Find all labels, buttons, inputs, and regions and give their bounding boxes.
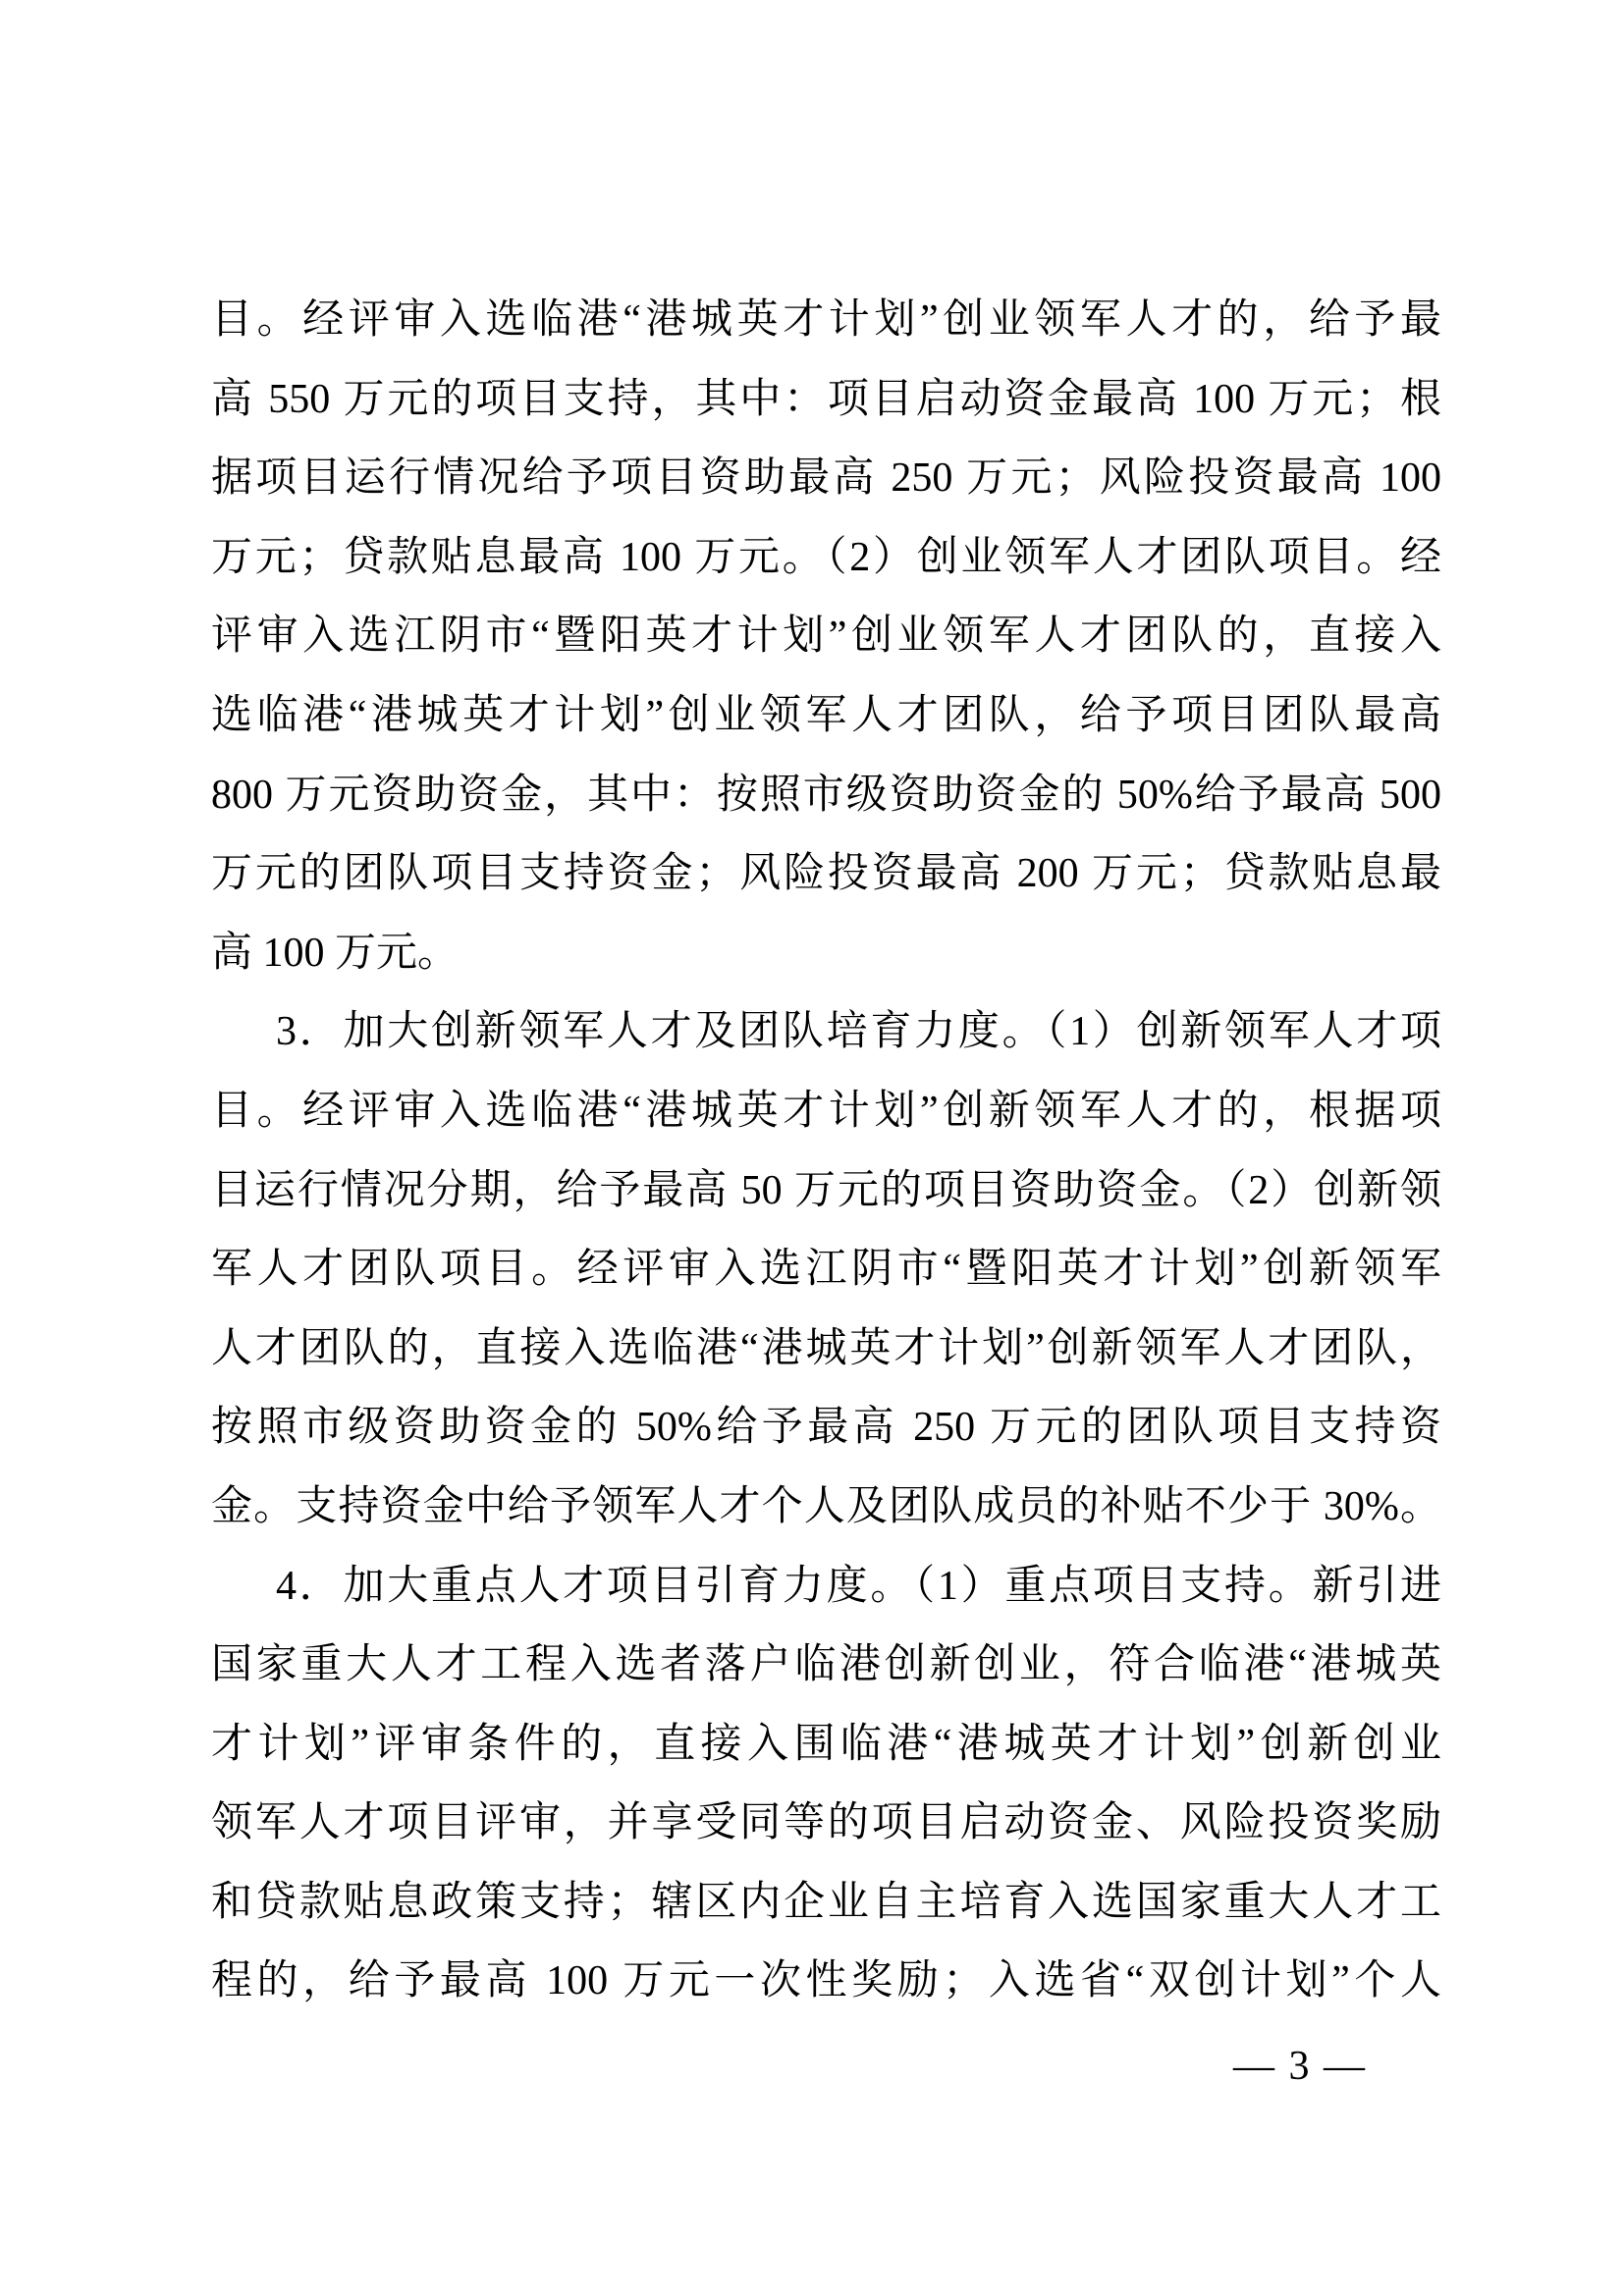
text-line: 万元；贷款贴息最高 100 万元。（2）创业领军人才团队项目。经 (211, 518, 1441, 598)
text-line: 高 550 万元的项目支持，其中：项目启动资金最高 100 万元；根 (211, 360, 1441, 440)
text-line: 万元的团队项目支持资金；风险投资最高 200 万元；贷款贴息最 (211, 834, 1441, 914)
text-line: 目运行情况分期，给予最高 50 万元的项目资助资金。（2）创新领 (211, 1151, 1441, 1231)
text-line: 程的，给予最高 100 万元一次性奖励；入选省“双创计划”个人 (211, 1942, 1441, 2021)
text-line: 人才团队的，直接入选临港“港城英才计划”创新领军人才团队， (211, 1309, 1441, 1389)
text-line paragraph-end: 高 100 万元。 (211, 914, 1441, 993)
body-text: 目。经评审入选临港“港城英才计划”创业领军人才的，给予最 高 550 万元的项目… (211, 281, 1441, 2021)
text-line: 军人才团队项目。经评审入选江阴市“暨阳英才计划”创新领军 (211, 1230, 1441, 1309)
text-line: 按照市级资助资金的 50%给予最高 250 万元的团队项目支持资 (211, 1388, 1441, 1468)
text-line paragraph-start-item-4: 4．加大重点人才项目引育力度。（1）重点项目支持。新引进 (211, 1547, 1441, 1627)
text-line paragraph-start-item-3: 3．加大创新领军人才及团队培育力度。（1）创新领军人才项 (211, 992, 1441, 1072)
text-line: 才计划”评审条件的，直接入围临港“港城英才计划”创新创业 (211, 1705, 1441, 1785)
page-number: — 3 — (1233, 2044, 1367, 2089)
text-line: 目。经评审入选临港“港城英才计划”创业领军人才的，给予最 (211, 281, 1441, 360)
text-line: 800 万元资助资金，其中：按照市级资助资金的 50%给予最高 500 (211, 756, 1441, 835)
text-line: 选临港“港城英才计划”创业领军人才团队，给予项目团队最高 (211, 676, 1441, 756)
text-line: 据项目运行情况给予项目资助最高 250 万元；风险投资最高 100 (211, 439, 1441, 518)
text-line: 领军人才项目评审，并享受同等的项目启动资金、风险投资奖励 (211, 1784, 1441, 1863)
text-line paragraph-end: 金。支持资金中给予领军人才个人及团队成员的补贴不少于 30%。 (211, 1468, 1441, 1547)
text-line: 目。经评审入选临港“港城英才计划”创新领军人才的，根据项 (211, 1072, 1441, 1151)
document-page: 目。经评审入选临港“港城英才计划”创业领军人才的，给予最 高 550 万元的项目… (0, 0, 1624, 2296)
text-line: 和贷款贴息政策支持；辖区内企业自主培育入选国家重大人才工 (211, 1863, 1441, 1943)
text-line: 评审入选江阴市“暨阳英才计划”创业领军人才团队的，直接入 (211, 597, 1441, 676)
text-line: 国家重大人才工程入选者落户临港创新创业，符合临港“港城英 (211, 1626, 1441, 1705)
